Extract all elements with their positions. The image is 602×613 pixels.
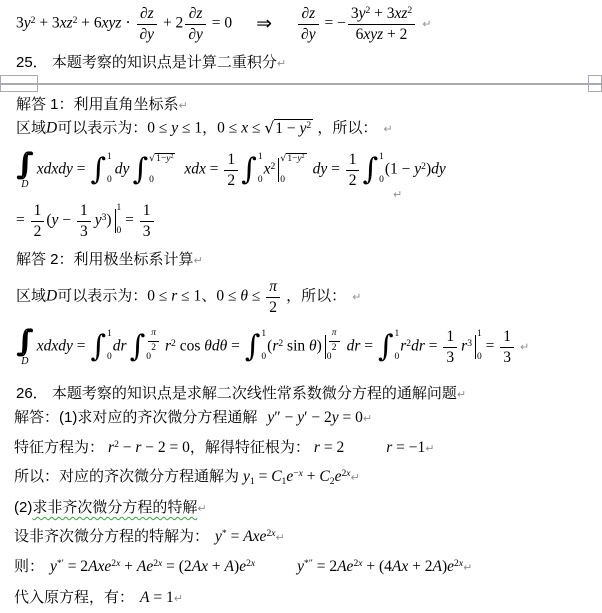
cjk-text: 所以：对应的齐次微分方程通解为 (14, 468, 239, 485)
paragraph-mark-icon: ↵ (194, 254, 203, 267)
superscript: −x (293, 468, 303, 479)
denominator: 3 (140, 222, 154, 240)
superscript: 2 (114, 439, 119, 450)
math-text: = (227, 528, 244, 545)
math-var: π (332, 328, 337, 338)
q25-heading: 25． 本题考察的知识点是计算二重积分↵ (16, 55, 286, 71)
rect-integral-equation: ∫∫Dxdxdy = ∫10dy∫√1−y20xdx = 12∫10x2√1−y… (16, 150, 446, 190)
cjk-text: (2) (14, 499, 32, 516)
superscript: 2 (31, 15, 36, 26)
math-var: y (297, 558, 304, 575)
page-boundary-right-marker (588, 75, 602, 92)
denominator: 3 (443, 348, 457, 366)
paragraph-mark-icon: ↵ (351, 471, 360, 484)
cjk-text: 可以表示为： (57, 288, 147, 305)
superscript: 2x (246, 558, 255, 569)
polar-integral-equation: ∫∫Dxdxdy = ∫10dr∫π20r2 cos θdθ = ∫10(r2 … (16, 327, 529, 367)
lower-limit: 0 (258, 176, 263, 186)
math-text: 0 (107, 352, 112, 362)
ans26-step1: 解答：(1)求对应的齐次微分方程通解y″ − y′ − 2y = 0↵ (14, 410, 372, 426)
upper-limit: 1 (379, 153, 384, 163)
math-text: 1 (261, 329, 266, 339)
integral-limits: 10 (394, 329, 400, 365)
numerator: 1 (140, 203, 154, 222)
math-text: = (73, 338, 90, 355)
integral-icon: ∫ (378, 333, 394, 362)
fraction: 13 (443, 329, 457, 365)
integral-limits: 10 (378, 152, 384, 188)
superscript: 2 (406, 338, 411, 349)
superscript: 2 (407, 5, 412, 16)
subscript: 2 (330, 476, 335, 487)
math-text: 1 (503, 328, 511, 345)
cjk-text: 解答 1：利用直角坐标系 (16, 96, 179, 113)
cjk-text: 则： (14, 558, 44, 575)
integral-limits: 10 (106, 152, 112, 188)
math-text: 2 (269, 299, 277, 316)
math-var: ∂z (189, 5, 203, 22)
math-var: π (151, 328, 156, 338)
math-var: dr (113, 338, 127, 355)
bar-limits: √1−y20 (279, 152, 306, 188)
math-text: 1 (395, 329, 400, 339)
math-var: θdθ (204, 338, 227, 355)
superscript: 3 (102, 212, 107, 223)
superscript: *″ (304, 558, 313, 569)
region-polar: 区域D可以表示为：0 ≤ r ≤ 1、0 ≤ θ ≤ π2 ，所以：↵ (16, 279, 361, 315)
double-integral: ∫∫D (16, 150, 34, 190)
math-text: 1 (446, 328, 454, 345)
integral: ∫10 (90, 152, 111, 188)
math-var: Ax (192, 558, 208, 575)
math-text: 2 (302, 154, 305, 160)
math-text: 3 (446, 349, 454, 366)
numerator: 1 (500, 329, 514, 348)
paragraph-mark-icon: ↵ (174, 592, 183, 605)
math-text: ) (106, 212, 111, 229)
math-text: 2 (278, 338, 283, 349)
numerator: 1 (77, 203, 91, 222)
integral-icon: ∫ (130, 333, 146, 362)
domain-label: D (21, 180, 28, 190)
lower-limit: 0 (327, 353, 342, 363)
denominator: 2 (31, 222, 45, 240)
superscript: 2 (421, 161, 426, 172)
math-text: ≤ 1 (178, 119, 202, 136)
numerator: ∂z (185, 6, 206, 25)
cjk-text: ，解得特征根为： (190, 439, 310, 456)
math-text: 1− (287, 154, 297, 164)
math-text: = (16, 212, 29, 229)
math-text: + 6 (77, 15, 101, 32)
math-var: dy (313, 161, 328, 178)
fraction: π2 (266, 279, 280, 315)
integral: ∫10 (378, 329, 399, 365)
math-var: x (158, 558, 162, 569)
math-text: = −1 (392, 439, 425, 456)
lower-limit: 0 (280, 176, 306, 186)
math-text: ) (317, 338, 322, 355)
math-var: Ax (392, 558, 408, 575)
page-boundary-left-marker (0, 75, 38, 92)
cjk-text: 区域 (16, 288, 46, 305)
math-var: D (46, 288, 57, 305)
math-text: 1 (227, 151, 235, 168)
math-var: x (346, 468, 350, 479)
superscript: 2 (73, 15, 78, 26)
substitute-line: 代入原方程，有：A = 1↵ (14, 590, 183, 606)
math-text: = (227, 338, 244, 355)
rect-equation-paragraph-mark: ↵ (393, 186, 402, 202)
superscript: 2 (270, 161, 275, 172)
math-text: 1 − (275, 120, 299, 137)
math-text: 2 (306, 120, 311, 131)
math-text: 2 (406, 338, 411, 349)
math-var: Axe (243, 528, 266, 545)
math-text: sin (283, 338, 309, 355)
paragraph-mark-icon: ↵ (422, 18, 431, 31)
math-text: 0 (107, 175, 112, 185)
lower-limit: 0 (107, 176, 112, 186)
math-text: *′ (57, 558, 64, 569)
math-text: = 2 (320, 439, 344, 456)
square-root: √1 − y2 (264, 119, 313, 139)
numerator: π (148, 329, 159, 342)
denominator: ∂y (185, 25, 206, 43)
math-var: x (299, 468, 303, 479)
upper-limit: 1 (258, 153, 263, 163)
numerator: π (329, 329, 340, 342)
math-var: y (332, 409, 339, 426)
subscript: 1 (250, 476, 255, 487)
math-text: − (119, 439, 136, 456)
denominator: 2 (346, 171, 360, 189)
math-var: x (459, 558, 463, 569)
superscript: 3 (467, 338, 472, 349)
cjk-text: 代入原方程，有： (14, 589, 134, 606)
paragraph-mark-icon: ↵ (179, 99, 188, 112)
math-text: − 2 = 0 (141, 439, 189, 456)
ans1-heading: 解答 1：利用直角坐标系↵ (16, 97, 188, 113)
math-var: π (269, 278, 277, 295)
math-text: 1 (107, 152, 112, 162)
math-text: 2 (170, 154, 173, 160)
math-text: + (303, 468, 320, 485)
math-text: = 0 (339, 409, 363, 426)
integral-limits: 10 (257, 152, 263, 188)
math-text: + 3 (35, 15, 59, 32)
math-text: 0 (261, 352, 266, 362)
math-text: = (121, 212, 138, 229)
math-text: 1 (80, 202, 88, 219)
math-var: e (447, 558, 454, 575)
math-text: = (73, 161, 90, 178)
fraction: 13 (140, 203, 154, 239)
math-text: 2 (227, 172, 235, 189)
math-text: 2 (365, 5, 370, 16)
math-text: 1 (143, 202, 151, 219)
integral-icon: ∫ (90, 156, 106, 185)
math-var: xyz (102, 15, 122, 32)
math-var: θ (240, 288, 248, 305)
cjk-text: 区域 (16, 119, 46, 136)
integral: ∫π20 (130, 328, 161, 366)
math-var: dr (411, 338, 425, 355)
math-text: 2 (34, 223, 42, 240)
integral-limits: 10 (260, 329, 266, 365)
lower-limit: 0 (395, 353, 400, 363)
math-var: A (433, 558, 442, 575)
math-text: 2 (421, 161, 426, 172)
domain-label: D (21, 357, 28, 367)
paragraph-mark-icon: ↵ (276, 531, 285, 544)
math-text: 1 (107, 329, 112, 339)
paragraph-mark-icon: ↵ (197, 502, 206, 515)
denominator: 6xyz + 2 (348, 25, 415, 43)
evaluation-bar: π20 (325, 328, 342, 366)
math-var: y (243, 468, 250, 485)
upper-limit: 1 (261, 330, 266, 340)
paragraph-mark-icon: ↵ (463, 561, 472, 574)
math-var: xz (395, 5, 408, 22)
math-text: 2 (114, 439, 119, 450)
numerator: 3y2 + 3xz2 (348, 6, 415, 25)
math-text: 2 (332, 343, 337, 353)
math-text: = (327, 161, 344, 178)
lower-limit: 0 (261, 353, 266, 363)
math-text: ≤ 1 (177, 288, 201, 305)
cjk-text: 、 (201, 288, 216, 305)
integral: ∫√1−y20 (132, 152, 175, 188)
upper-limit: 1 (395, 330, 400, 340)
upper-limit: π2 (327, 329, 342, 353)
math-text: *″ (304, 558, 313, 569)
math-var: dy (431, 161, 446, 178)
lower-limit: 0 (146, 353, 161, 363)
math-text: 0 ≤ (216, 288, 240, 305)
math-text: = (2 (162, 558, 191, 575)
step2-heading: (2)求非齐次微分方程的特解↵ (14, 500, 207, 516)
math-text: 0 ≤ (147, 288, 171, 305)
math-text: 1 (349, 151, 357, 168)
superscript: 2x (341, 468, 350, 479)
integral-icon: ∫ (362, 156, 378, 185)
square-root: √1−y2 (149, 153, 175, 165)
rect-integral-continued: = 12(y − 13y3)10 = 13 (16, 203, 156, 239)
math-text: 3 (467, 338, 472, 349)
ans2-heading: 解答 2：利用极坐标系计算↵ (16, 252, 203, 268)
math-text: ″ − (274, 409, 297, 426)
radical-icon: √ (264, 121, 274, 137)
homogeneous-general-solution: 所以：对应的齐次微分方程通解为y1 = C1e−x + C2e2x↵ (14, 469, 360, 485)
integral-icon: ∫ (90, 333, 106, 362)
math-text: = (425, 338, 442, 355)
math-text: 2 (407, 5, 412, 16)
fraction: π2 (329, 329, 340, 353)
fraction: 13 (77, 203, 91, 239)
upper-limit: 1 (107, 153, 112, 163)
math-text: 3 (143, 223, 151, 240)
fraction: ∂z∂y (298, 6, 319, 42)
math-var: Ae (137, 558, 153, 575)
q26-heading: 26． 本题考察的知识点是求解二次线性常系数微分方程的通解问题↵ (16, 386, 466, 402)
math-text: 0 (327, 352, 332, 362)
paragraph-mark-icon: ↵ (352, 291, 361, 304)
superscript: 2 (306, 120, 311, 131)
math-text: + (120, 558, 137, 575)
superscript: 2 (171, 338, 176, 349)
math-text: = 2 (313, 558, 337, 575)
bar-limits: π20 (326, 328, 342, 366)
math-text: 0 ≤ (217, 119, 241, 136)
math-var: ∂z (140, 5, 154, 22)
denominator: 3 (500, 348, 514, 366)
superscript: 2 (278, 338, 283, 349)
cjk-text: 解答：(1)求对应的齐次微分方程通解 (14, 409, 257, 426)
page-boundary-left-divider (1, 84, 37, 85)
math-var: y (24, 15, 31, 32)
math-text: cos (176, 338, 204, 355)
math-text: 2 (330, 476, 335, 487)
math-var: y (215, 528, 222, 545)
fraction: 3y2 + 3xz26xyz + 2 (348, 6, 415, 42)
math-var: dr (347, 338, 361, 355)
fraction: ∂z∂y (185, 6, 206, 42)
numerator: ∂z (137, 6, 158, 25)
integral-icon: ∫ (245, 333, 261, 362)
math-text: + (208, 558, 225, 575)
math-text: = 1 (149, 589, 173, 606)
math-var: Ae (337, 558, 353, 575)
superscript: 2x (266, 528, 275, 539)
math-text: 2 (349, 172, 357, 189)
numerator: 1 (31, 203, 45, 222)
math-text: + 2 (383, 26, 407, 43)
math-text: * (222, 528, 227, 539)
math-var: xdxdy (37, 338, 73, 355)
math-text: 0 (258, 175, 263, 185)
lower-limit: 0 (379, 176, 384, 186)
math-var: y (50, 558, 57, 575)
radicand: 1 − y2 (274, 119, 313, 139)
math-var: xdx (184, 161, 206, 178)
math-text: 1 (34, 202, 42, 219)
math-text: 3 (351, 5, 359, 22)
math-text: = (255, 468, 272, 485)
math-text: + 2 (159, 15, 183, 32)
characteristic-equation: 特征方程为：r2 − r − 2 = 0，解得特征根为：r = 2r = −1↵ (14, 440, 434, 456)
particular-solution-form: 设非齐次微分方程的特解为：y* = Axe2x↵ (14, 529, 285, 545)
math-var: y (95, 212, 102, 229)
denominator: 2 (224, 171, 238, 189)
cjk-text: 可以表示为： (57, 119, 147, 136)
math-var: C (271, 468, 281, 485)
upper-limit: 1 (107, 330, 112, 340)
math-text: 0 (379, 175, 384, 185)
math-text: = 2 (64, 558, 88, 575)
lower-limit: 0 (149, 176, 175, 186)
math-var: dy (115, 161, 130, 178)
cjk-text: 26． 本题考察的知识点是求解二次线性常系数微分方程的通解问题 (16, 385, 457, 402)
math-text: 2 (270, 161, 275, 172)
paragraph-mark-icon: ↵ (520, 341, 529, 354)
math-text: 3 (80, 223, 88, 240)
subscript: 1 (282, 476, 287, 487)
upper-limit: √1−y2 (280, 153, 306, 165)
math-text: 3 (503, 349, 511, 366)
superscript: * (222, 528, 227, 539)
denominator: 3 (77, 222, 91, 240)
math-text: 2 (151, 343, 156, 353)
paragraph-mark-icon: ↵ (457, 388, 466, 401)
math-text: 1 (250, 476, 255, 487)
cjk-text: 25． 本题考察的知识点是计算二重积分 (16, 54, 277, 71)
math-text: 0 (149, 175, 154, 185)
math-text: ≤ (248, 288, 264, 305)
region-rectangular: 区域D可以表示为：0 ≤ y ≤ 1，0 ≤ x ≤ √1 − y2 ，所以：↵ (16, 119, 393, 139)
math-text: 0 (146, 352, 151, 362)
math-var: D (46, 119, 57, 136)
evaluation-bar: 10 (475, 329, 482, 365)
math-var: x (116, 558, 120, 569)
math-text: − (58, 212, 75, 229)
math-text: 1 (282, 476, 287, 487)
math-text: = 0 (208, 15, 232, 32)
math-text: 0 ≤ (147, 119, 171, 136)
integral-icon: ∫ (241, 156, 257, 185)
math-text: 2 (31, 15, 36, 26)
cjk-text: 解答 2：利用极坐标系计算 (16, 251, 194, 268)
paragraph-mark-icon: ↵ (393, 188, 402, 201)
radicand: 1−y2 (155, 153, 175, 165)
cjk-text: ，所以： (313, 119, 377, 136)
math-text: + 3 (370, 5, 394, 22)
cjk-text: 特征方程为： (14, 439, 104, 456)
paragraph-mark-icon: ↵ (277, 57, 286, 70)
math-text: 2 (171, 338, 176, 349)
superscript: 2 (170, 154, 173, 160)
integral-icon: ∫ (132, 156, 148, 185)
math-text: 1− (156, 154, 166, 164)
numerator: ∂z (298, 6, 319, 25)
math-text: + 2 (408, 558, 432, 575)
math-text: = (482, 338, 499, 355)
math-text: 2 (73, 15, 78, 26)
math-var: x (251, 558, 255, 569)
upper-limit: π2 (146, 329, 161, 353)
math-text: 3 (16, 15, 24, 32)
math-text: ⋅ (121, 15, 134, 32)
math-text: (1 − (385, 161, 414, 178)
integral: ∫10 (362, 152, 383, 188)
denominator: ∂y (298, 25, 319, 43)
page-boundary-right-divider (589, 84, 601, 85)
math-text: = (206, 161, 223, 178)
math-var: x (271, 528, 275, 539)
math-text: 3 (102, 212, 107, 223)
math-var: ∂z (301, 5, 315, 22)
superscript: 2 (302, 154, 305, 160)
double-integral: ∫∫D (16, 327, 34, 367)
math-var: xz (60, 15, 73, 32)
fraction: 13 (500, 329, 514, 365)
math-var: A (225, 558, 234, 575)
numerator: 1 (346, 152, 360, 171)
implicit-derivative-equation: 3y2 + 3xz2 + 6xyz ⋅ ∂z∂y + 2∂z∂y = 0⇒∂z∂… (16, 6, 431, 42)
evaluation-bar: √1−y20 (278, 152, 306, 188)
fraction: 12 (224, 152, 238, 188)
math-var: θ (309, 338, 317, 355)
